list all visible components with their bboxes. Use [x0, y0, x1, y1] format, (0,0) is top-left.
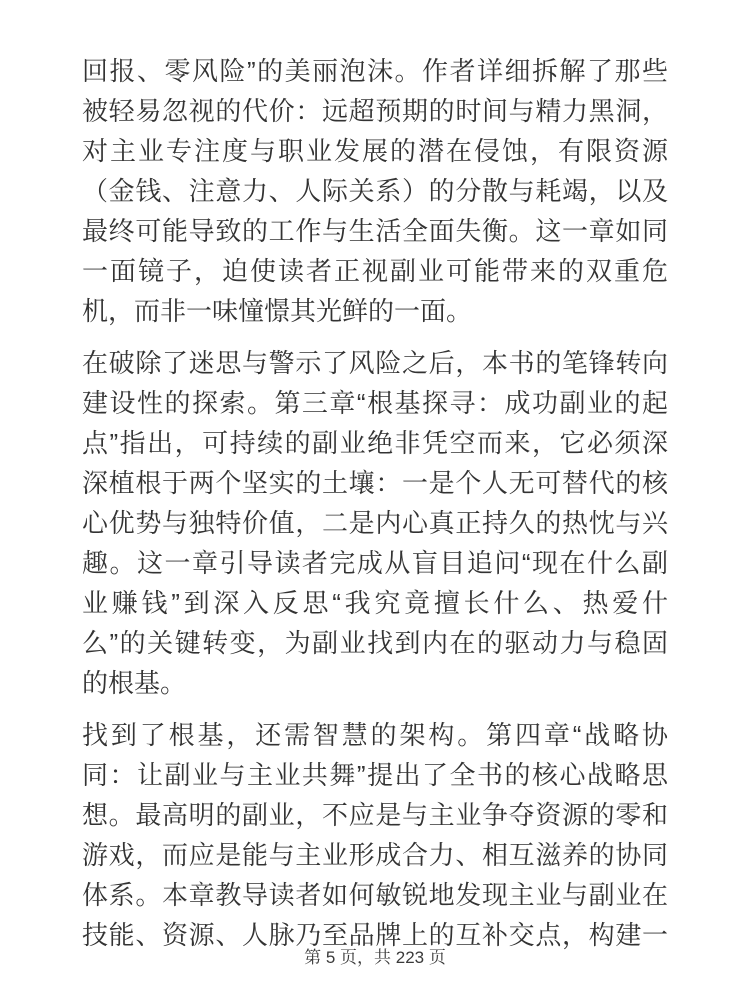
- text-line: 体系。本章教导读者如何敏锐地发现主业与副业在: [82, 875, 668, 915]
- text-line: 趣。这一章引导读者完成从盲目追问“现在什么副: [82, 543, 668, 583]
- text-line: 被轻易忽视的代价：远超预期的时间与精力黑洞，: [82, 91, 668, 131]
- text-line: （金钱、注意力、人际关系）的分散与耗竭，以及: [82, 171, 668, 211]
- text-line: 一面镜子，迫使读者正视副业可能带来的双重危: [82, 251, 668, 291]
- document-page: 回报、零风险”的美丽泡沫。作者详细拆解了那些被轻易忽视的代价：远超预期的时间与精…: [0, 0, 750, 1000]
- document-content: 回报、零风险”的美丽泡沫。作者详细拆解了那些被轻易忽视的代价：远超预期的时间与精…: [82, 51, 668, 967]
- text-line: 机，而非一味憧憬其光鲜的一面。: [82, 291, 668, 331]
- text-line: 心优势与独特价值，二是内心真正持久的热忱与兴: [82, 503, 668, 543]
- text-line: 深植根于两个坚实的土壤：一是个人无可替代的核: [82, 463, 668, 503]
- text-line: 对主业专注度与职业发展的潜在侵蚀，有限资源: [82, 131, 668, 171]
- paragraph: 找到了根基，还需智慧的架构。第四章“战略协同：让副业与主业共舞”提出了全书的核心…: [82, 715, 668, 955]
- text-line: 建设性的探索。第三章“根基探寻：成功副业的起: [82, 383, 668, 423]
- page-indicator: 第 5 页，共 223 页: [0, 948, 750, 968]
- text-line: 同：让副业与主业共舞”提出了全书的核心战略思: [82, 755, 668, 795]
- paragraph: 在破除了迷思与警示了风险之后，本书的笔锋转向建设性的探索。第三章“根基探寻：成功…: [82, 343, 668, 703]
- text-line: 想。最高明的副业，不应是与主业争夺资源的零和: [82, 795, 668, 835]
- text-line: 的根基。: [82, 663, 668, 703]
- text-line: 最终可能导致的工作与生活全面失衡。这一章如同: [82, 211, 668, 251]
- text-line: 回报、零风险”的美丽泡沫。作者详细拆解了那些: [82, 51, 668, 91]
- paragraph: 回报、零风险”的美丽泡沫。作者详细拆解了那些被轻易忽视的代价：远超预期的时间与精…: [82, 51, 668, 331]
- text-line: 游戏，而应是能与主业形成合力、相互滋养的协同: [82, 835, 668, 875]
- text-line: 么”的关键转变，为副业找到内在的驱动力与稳固: [82, 623, 668, 663]
- text-line: 点”指出，可持续的副业绝非凭空而来，它必须深: [82, 423, 668, 463]
- text-line: 找到了根基，还需智慧的架构。第四章“战略协: [82, 715, 668, 755]
- text-line: 业赚钱”到深入反思“我究竟擅长什么、热爱什: [82, 583, 668, 623]
- text-line: 在破除了迷思与警示了风险之后，本书的笔锋转向: [82, 343, 668, 383]
